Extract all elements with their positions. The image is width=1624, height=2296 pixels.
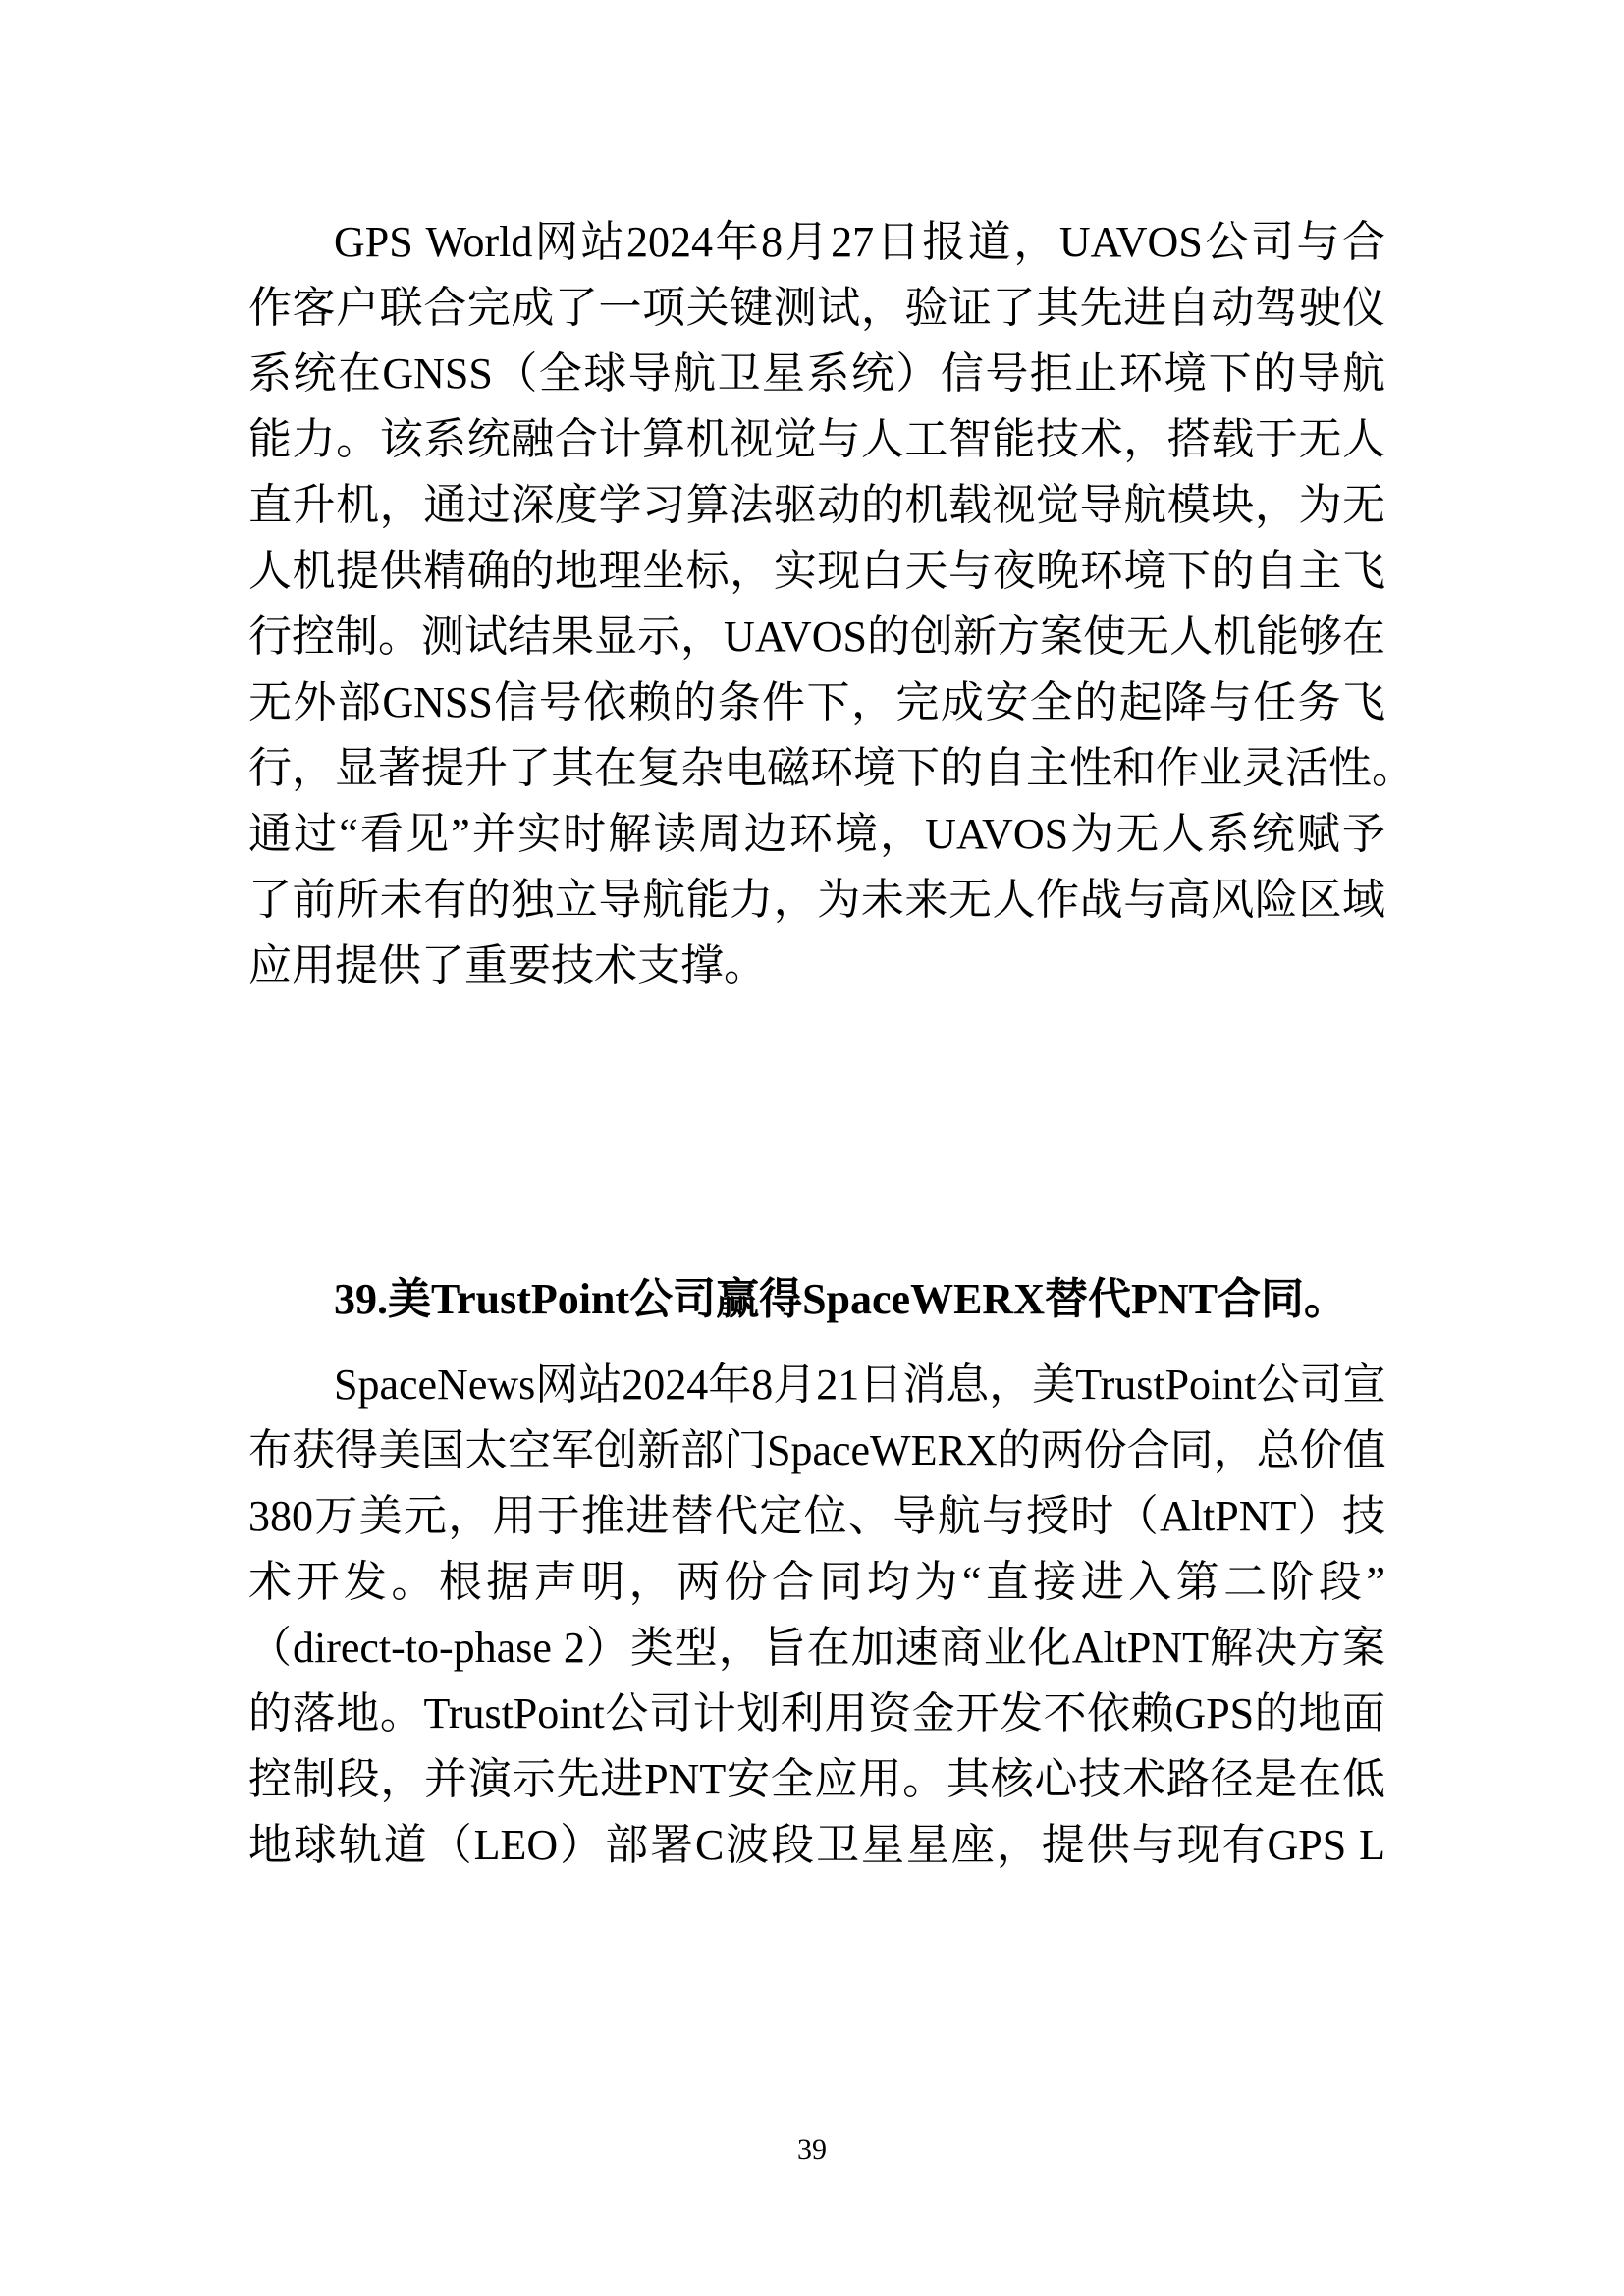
text-line: 人机提供精确的地理坐标，实现白天与夜晚环境下的自主飞: [248, 542, 1385, 601]
text-line: 行控制。测试结果显示，UAVOS的创新方案使无人机能够在: [248, 608, 1385, 667]
text-line: 系统在GNSS（全球导航卫星系统）信号拒止环境下的导航: [248, 345, 1385, 403]
text-line: GPS World网站2024年8月27日报道，UAVOS公司与合: [334, 213, 1385, 272]
text-line: 380万美元，用于推进替代定位、导航与授时（AltPNT）技: [248, 1487, 1385, 1546]
text-line: 能力。该系统融合计算机视觉与人工智能技术，搭载于无人: [248, 410, 1385, 469]
text-line: SpaceNews网站2024年8月21日消息，美TrustPoint公司宣: [334, 1356, 1385, 1415]
text-line: 无外部GNSS信号依赖的条件下，完成安全的起降与任务飞: [248, 673, 1385, 732]
text-line: 应用提供了重要技术支撑。: [248, 936, 1385, 995]
text-line: 控制段，并演示先进PNT安全应用。其核心技术路径是在低: [248, 1750, 1385, 1809]
text-line: 作客户联合完成了一项关键测试，验证了其先进自动驾驶仪: [248, 279, 1385, 338]
text-line: （direct-to-phase 2）类型，旨在加速商业化AltPNT解决方案: [248, 1619, 1385, 1678]
text-line: 通过“看见”并实时解读周边环境，UAVOS为无人系统赋予: [248, 805, 1385, 864]
text-line: 直升机，通过深度学习算法驱动的机载视觉导航模块，为无: [248, 476, 1385, 535]
text-line: 了前所未有的独立导航能力，为未来无人作战与高风险区域: [248, 871, 1385, 930]
text-line: 的落地。TrustPoint公司计划利用资金开发不依赖GPS的地面: [248, 1684, 1385, 1743]
text-line: 布获得美国太空军创新部门SpaceWERX的两份合同，总价值: [248, 1421, 1385, 1480]
page-number: 39: [0, 2132, 1624, 2167]
text-line: 术开发。根据声明，两份合同均为“直接进入第二阶段”: [248, 1553, 1385, 1612]
document-page: GPS World网站2024年8月27日报道，UAVOS公司与合 作客户联合完…: [0, 0, 1624, 2296]
section-heading: 39.美TrustPoint公司赢得SpaceWERX替代PNT合同。: [334, 1270, 1347, 1329]
text-line: 行，显著提升了其在复杂电磁环境下的自主性和作业灵活性。: [248, 739, 1385, 798]
text-line: 地球轨道（LEO）部署C波段卫星星座，提供与现有GPS L: [248, 1816, 1385, 1875]
